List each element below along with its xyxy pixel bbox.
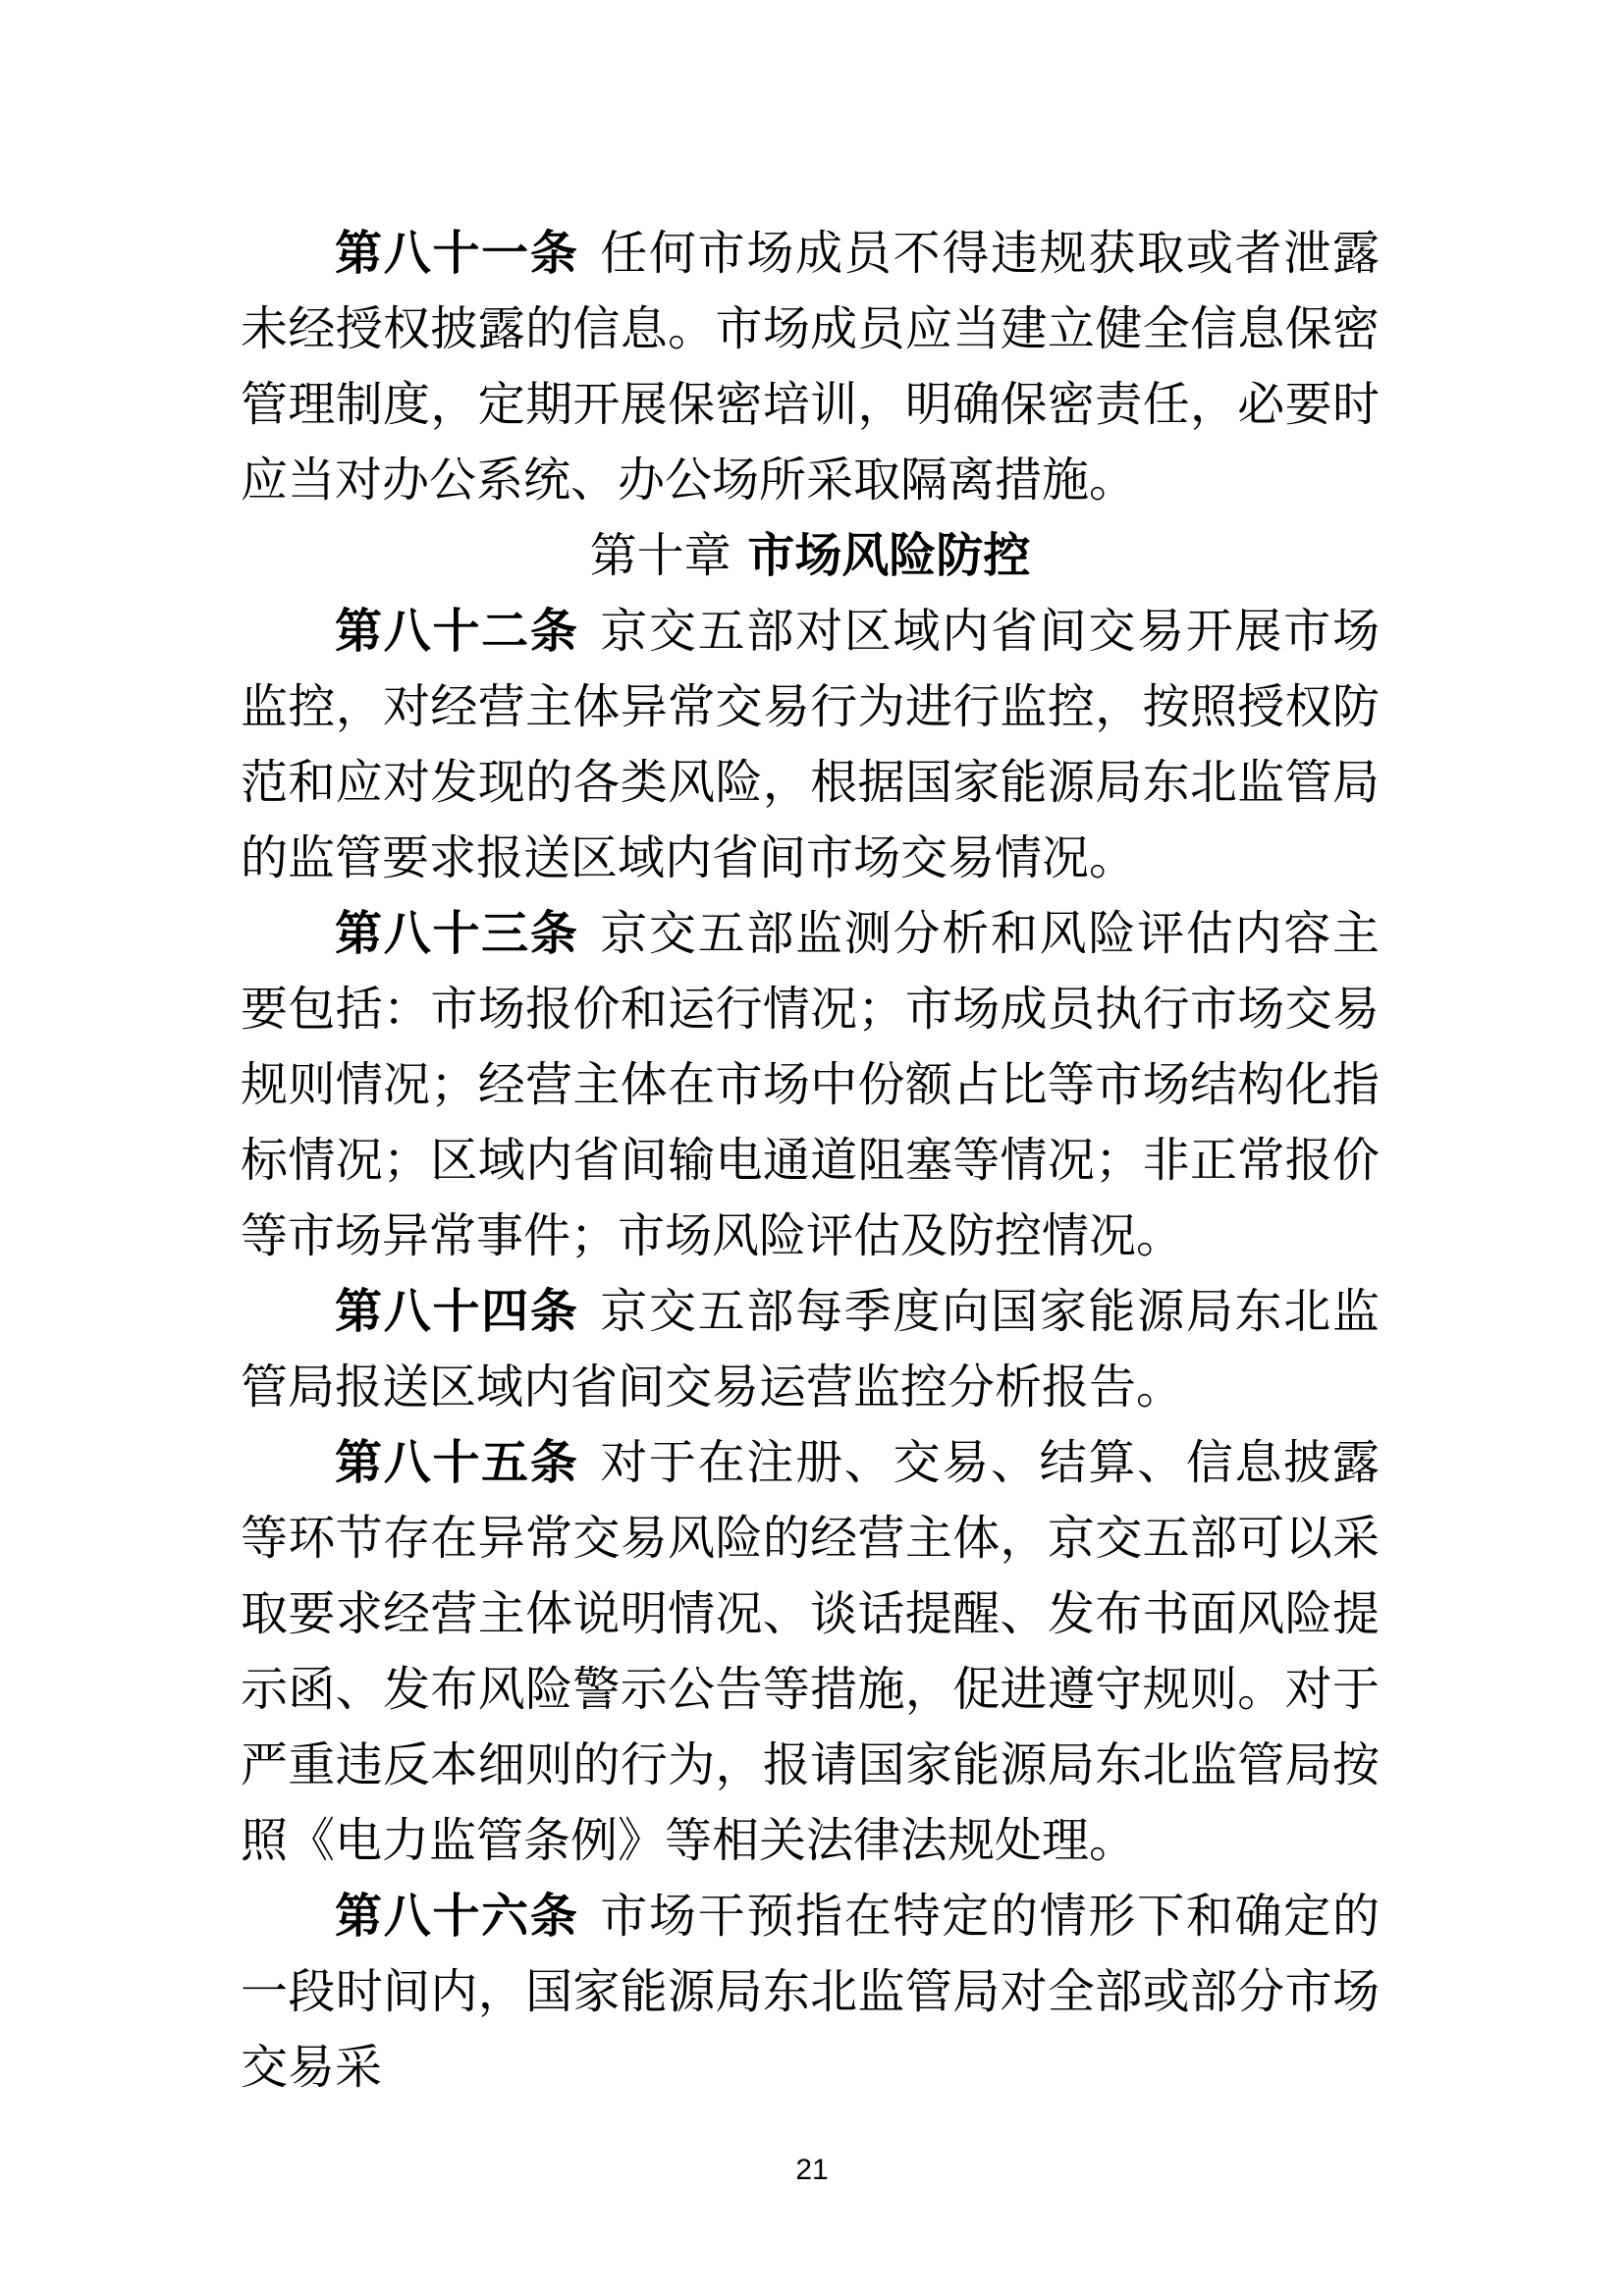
article-81-number: 第八十一条 [335, 228, 579, 280]
article-86-paragraph: 第八十六条市场干预指在特定的情形下和确定的一段时间内，国家能源局东北监管局对全部… [241, 1879, 1380, 2106]
chapter-10-heading: 第十章市场风险防控 [241, 518, 1380, 594]
document-page: 第八十一条任何市场成员不得违规获取或者泄露未经授权披露的信息。市场成员应当建立健… [0, 0, 1624, 2296]
article-83-number: 第八十三条 [335, 908, 579, 960]
article-85-text: 对于在注册、交易、结算、信息披露等环节存在异常交易风险的经营主体，京交五部可以采… [241, 1437, 1380, 1867]
article-83-paragraph: 第八十三条京交五部监测分析和风险评估内容主要包括：市场报价和运行情况；市场成员执… [241, 896, 1380, 1274]
page-number: 21 [0, 2154, 1624, 2187]
article-85-number: 第八十五条 [335, 1437, 579, 1489]
article-82-number: 第八十二条 [335, 606, 579, 658]
chapter-10-title: 市场风险防控 [747, 530, 1030, 582]
article-84-number: 第八十四条 [335, 1286, 579, 1338]
document-body: 第八十一条任何市场成员不得违规获取或者泄露未经授权披露的信息。市场成员应当建立健… [241, 216, 1380, 2106]
chapter-10-number: 第十章 [590, 530, 731, 582]
article-81-paragraph: 第八十一条任何市场成员不得违规获取或者泄露未经授权披露的信息。市场成员应当建立健… [241, 216, 1380, 518]
article-85-paragraph: 第八十五条对于在注册、交易、结算、信息披露等环节存在异常交易风险的经营主体，京交… [241, 1425, 1380, 1879]
article-84-paragraph: 第八十四条京交五部每季度向国家能源局东北监管局报送区域内省间交易运营监控分析报告… [241, 1274, 1380, 1425]
article-86-number: 第八十六条 [335, 1891, 579, 1943]
article-82-paragraph: 第八十二条京交五部对区域内省间交易开展市场监控，对经营主体异常交易行为进行监控，… [241, 594, 1380, 896]
article-83-text: 京交五部监测分析和风险评估内容主要包括：市场报价和运行情况；市场成员执行市场交易… [241, 908, 1380, 1262]
